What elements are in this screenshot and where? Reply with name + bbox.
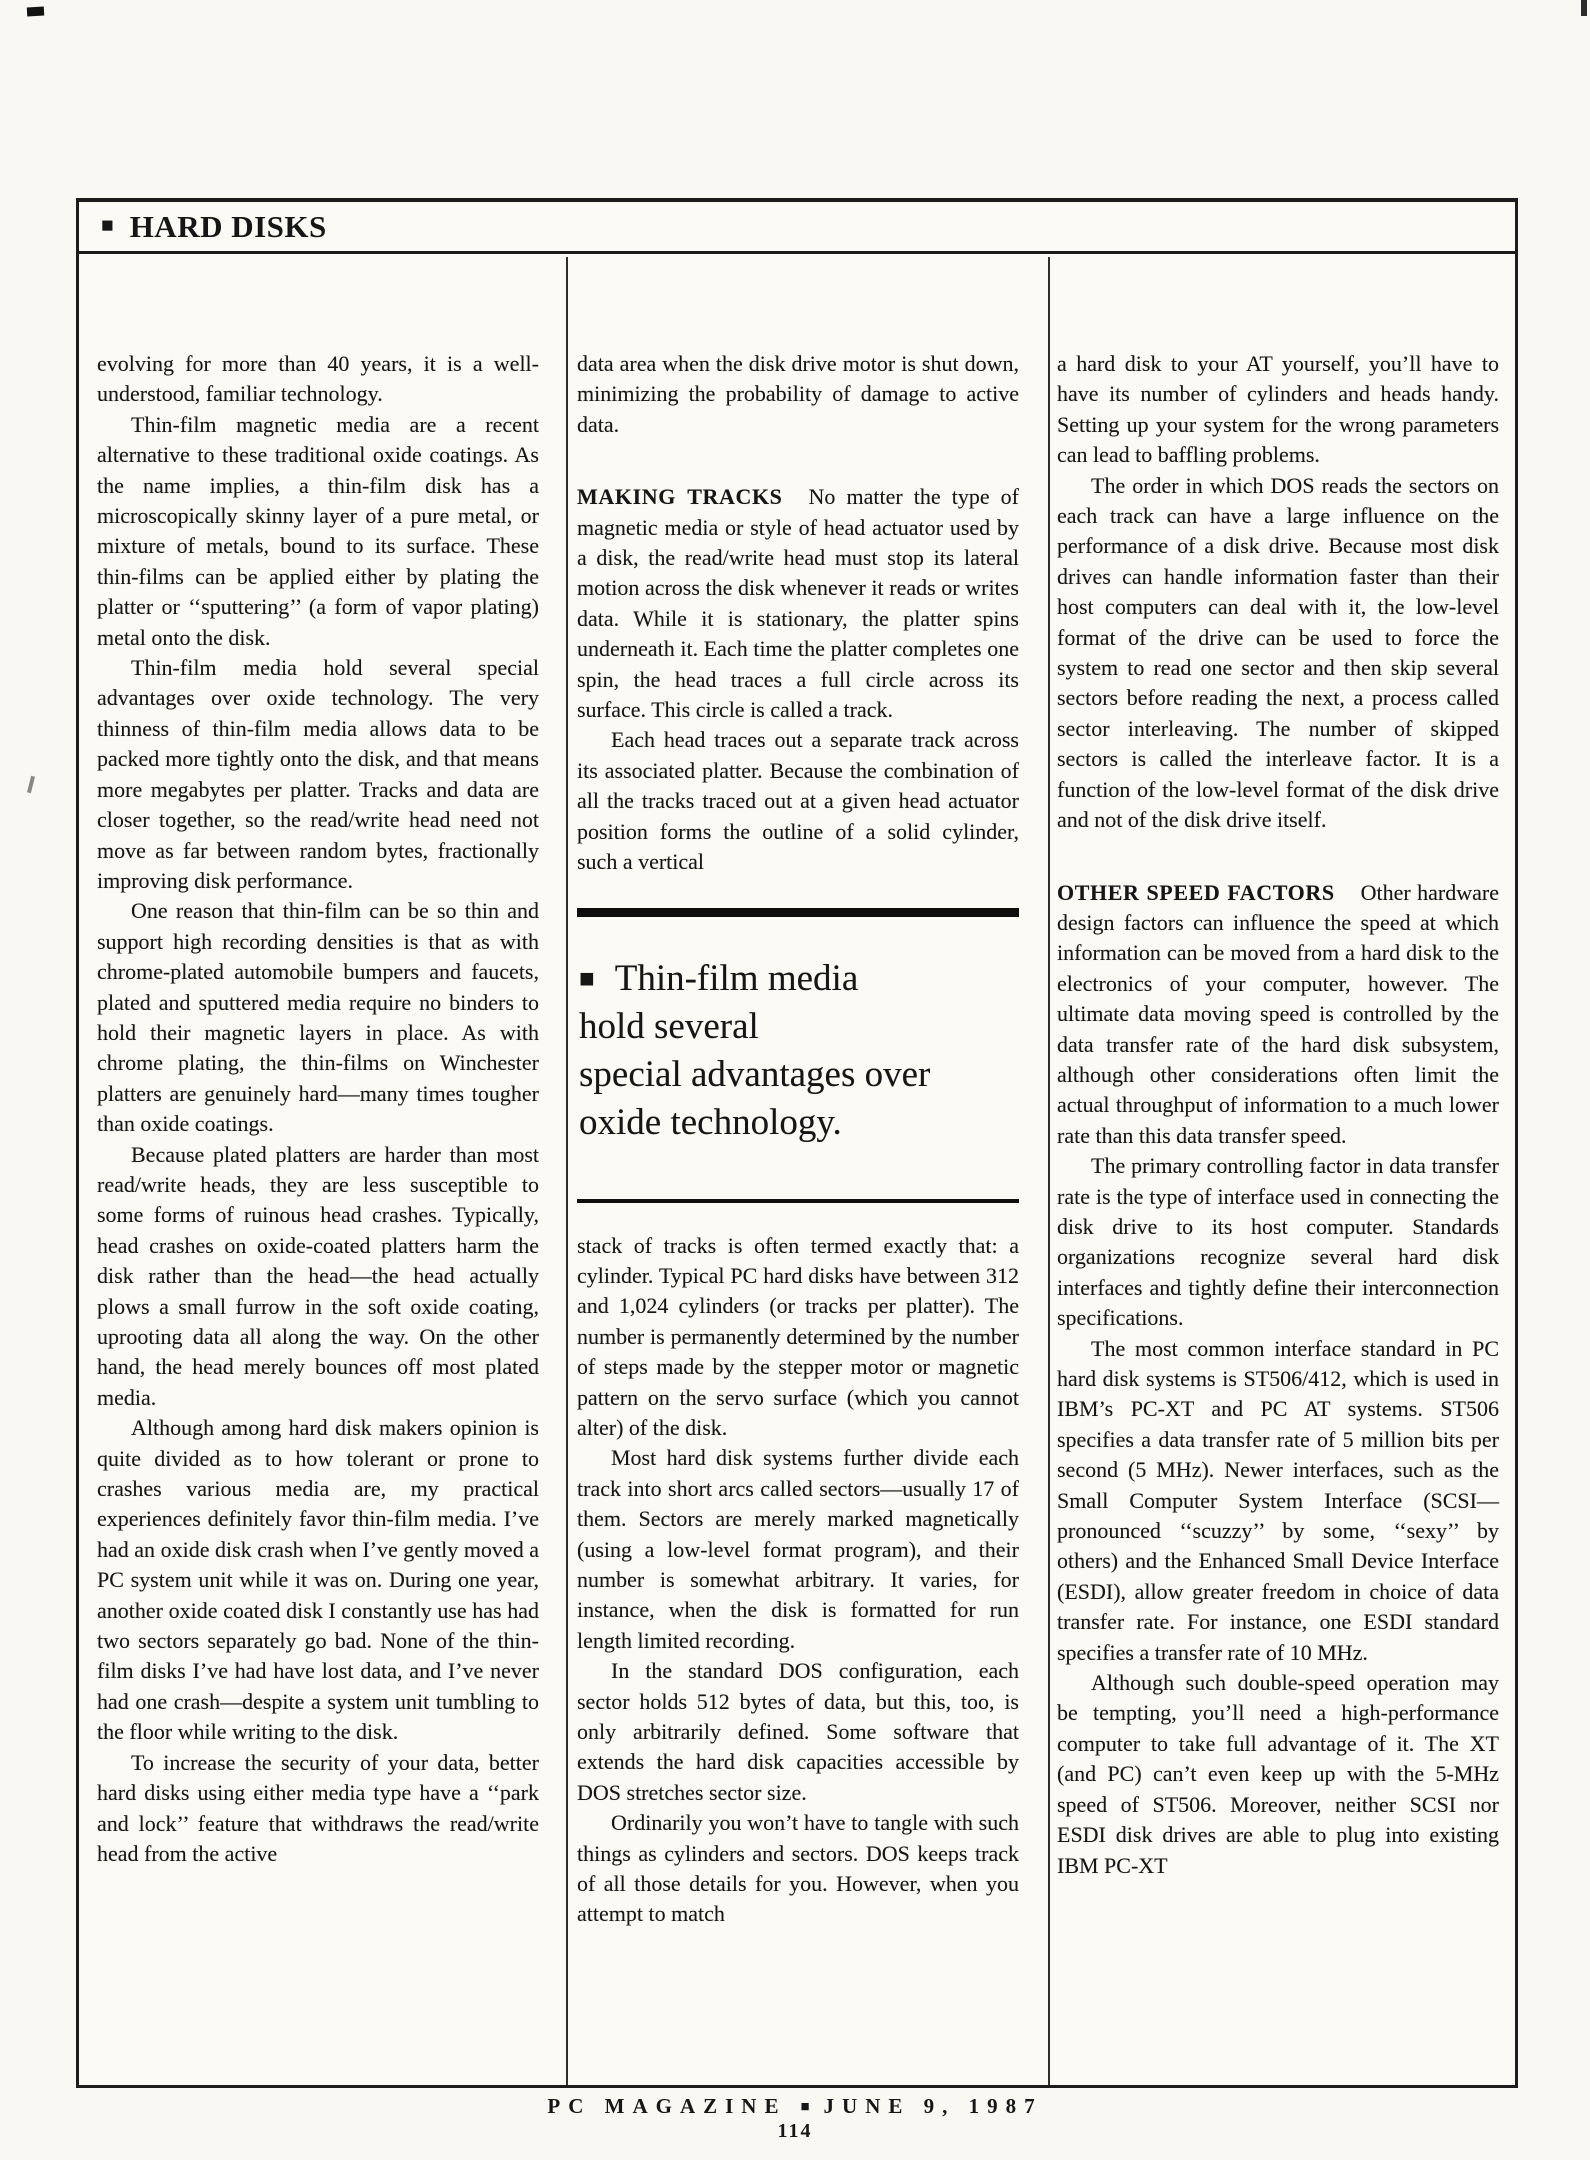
paragraph: In the standard DOS configuration, each … <box>577 1656 1019 1808</box>
section-heading: MAKING TRACKS <box>577 484 783 509</box>
page-number: 114 <box>0 2120 1590 2143</box>
paragraph: Because plated platters are harder than … <box>97 1140 539 1414</box>
paragraph: Although such double-speed operation may… <box>1057 1668 1499 1881</box>
square-bullet-icon: ■ <box>101 215 114 236</box>
paragraph: The order in which DOS reads the sectors… <box>1057 471 1499 836</box>
column-2-upper: data area when the disk drive motor is s… <box>577 349 1019 878</box>
paragraph: Thin-film media hold several special adv… <box>97 653 539 896</box>
paragraph: Thin-film magnetic media are a recent al… <box>97 410 539 653</box>
column-3: a hard disk to your AT yourself, you’ll … <box>1057 349 1499 2085</box>
square-bullet-icon: ■ <box>800 2099 809 2115</box>
column-2: data area when the disk drive motor is s… <box>577 349 1019 2085</box>
column-1: evolving for more than 40 years, it is a… <box>97 349 539 2085</box>
magazine-name: PC MAGAZINE <box>547 2094 786 2118</box>
article-body: evolving for more than 40 years, it is a… <box>79 257 1515 2085</box>
page-footer: PC MAGAZINE■JUNE 9, 1987 114 <box>0 2094 1590 2143</box>
paragraph: MAKING TRACKSNo matter the type of magne… <box>577 482 1019 725</box>
paragraph: OTHER SPEED FACTORSOther hardware design… <box>1057 878 1499 1152</box>
footer-magazine-line: PC MAGAZINE■JUNE 9, 1987 <box>0 2094 1590 2119</box>
paragraph: One reason that thin-film can be so thin… <box>97 896 539 1139</box>
section-header: ■ HARD DISKS <box>79 202 1515 254</box>
column-divider <box>1048 257 1050 2085</box>
paragraph: Ordinarily you won’t have to tangle with… <box>577 1808 1019 1930</box>
paragraph: The most common interface standard in PC… <box>1057 1334 1499 1668</box>
issue-date: JUNE 9, 1987 <box>824 2094 1043 2118</box>
paragraph: data area when the disk drive motor is s… <box>577 349 1019 440</box>
column-2-lower: stack of tracks is often termed exactly … <box>577 1231 1019 1930</box>
pull-quote: ■Thin-film media hold several special ad… <box>577 908 1019 1203</box>
section-heading: OTHER SPEED FACTORS <box>1057 880 1335 905</box>
paragraph: Although among hard disk makers opinion … <box>97 1413 539 1747</box>
paragraph: The primary controlling factor in data t… <box>1057 1151 1499 1333</box>
column-divider <box>566 257 568 2085</box>
scan-artifact <box>1581 0 1587 16</box>
paragraph: Most hard disk systems further divide ea… <box>577 1443 1019 1656</box>
magazine-page: ■ HARD DISKS evolving for more than 40 y… <box>0 0 1590 2160</box>
paragraph: To increase the security of your data, b… <box>97 1748 539 1870</box>
scan-artifact <box>27 7 44 17</box>
pull-quote-text: Thin-film media hold several special adv… <box>579 958 930 1143</box>
article-frame: ■ HARD DISKS evolving for more than 40 y… <box>76 198 1518 2088</box>
paragraph: evolving for more than 40 years, it is a… <box>97 349 539 410</box>
square-bullet-icon: ■ <box>579 964 595 993</box>
paragraph: Each head traces out a separate track ac… <box>577 725 1019 877</box>
paragraph: stack of tracks is often termed exactly … <box>577 1231 1019 1444</box>
section-title: HARD DISKS <box>130 209 327 245</box>
scan-artifact <box>27 776 35 793</box>
paragraph: a hard disk to your AT yourself, you’ll … <box>1057 349 1499 471</box>
